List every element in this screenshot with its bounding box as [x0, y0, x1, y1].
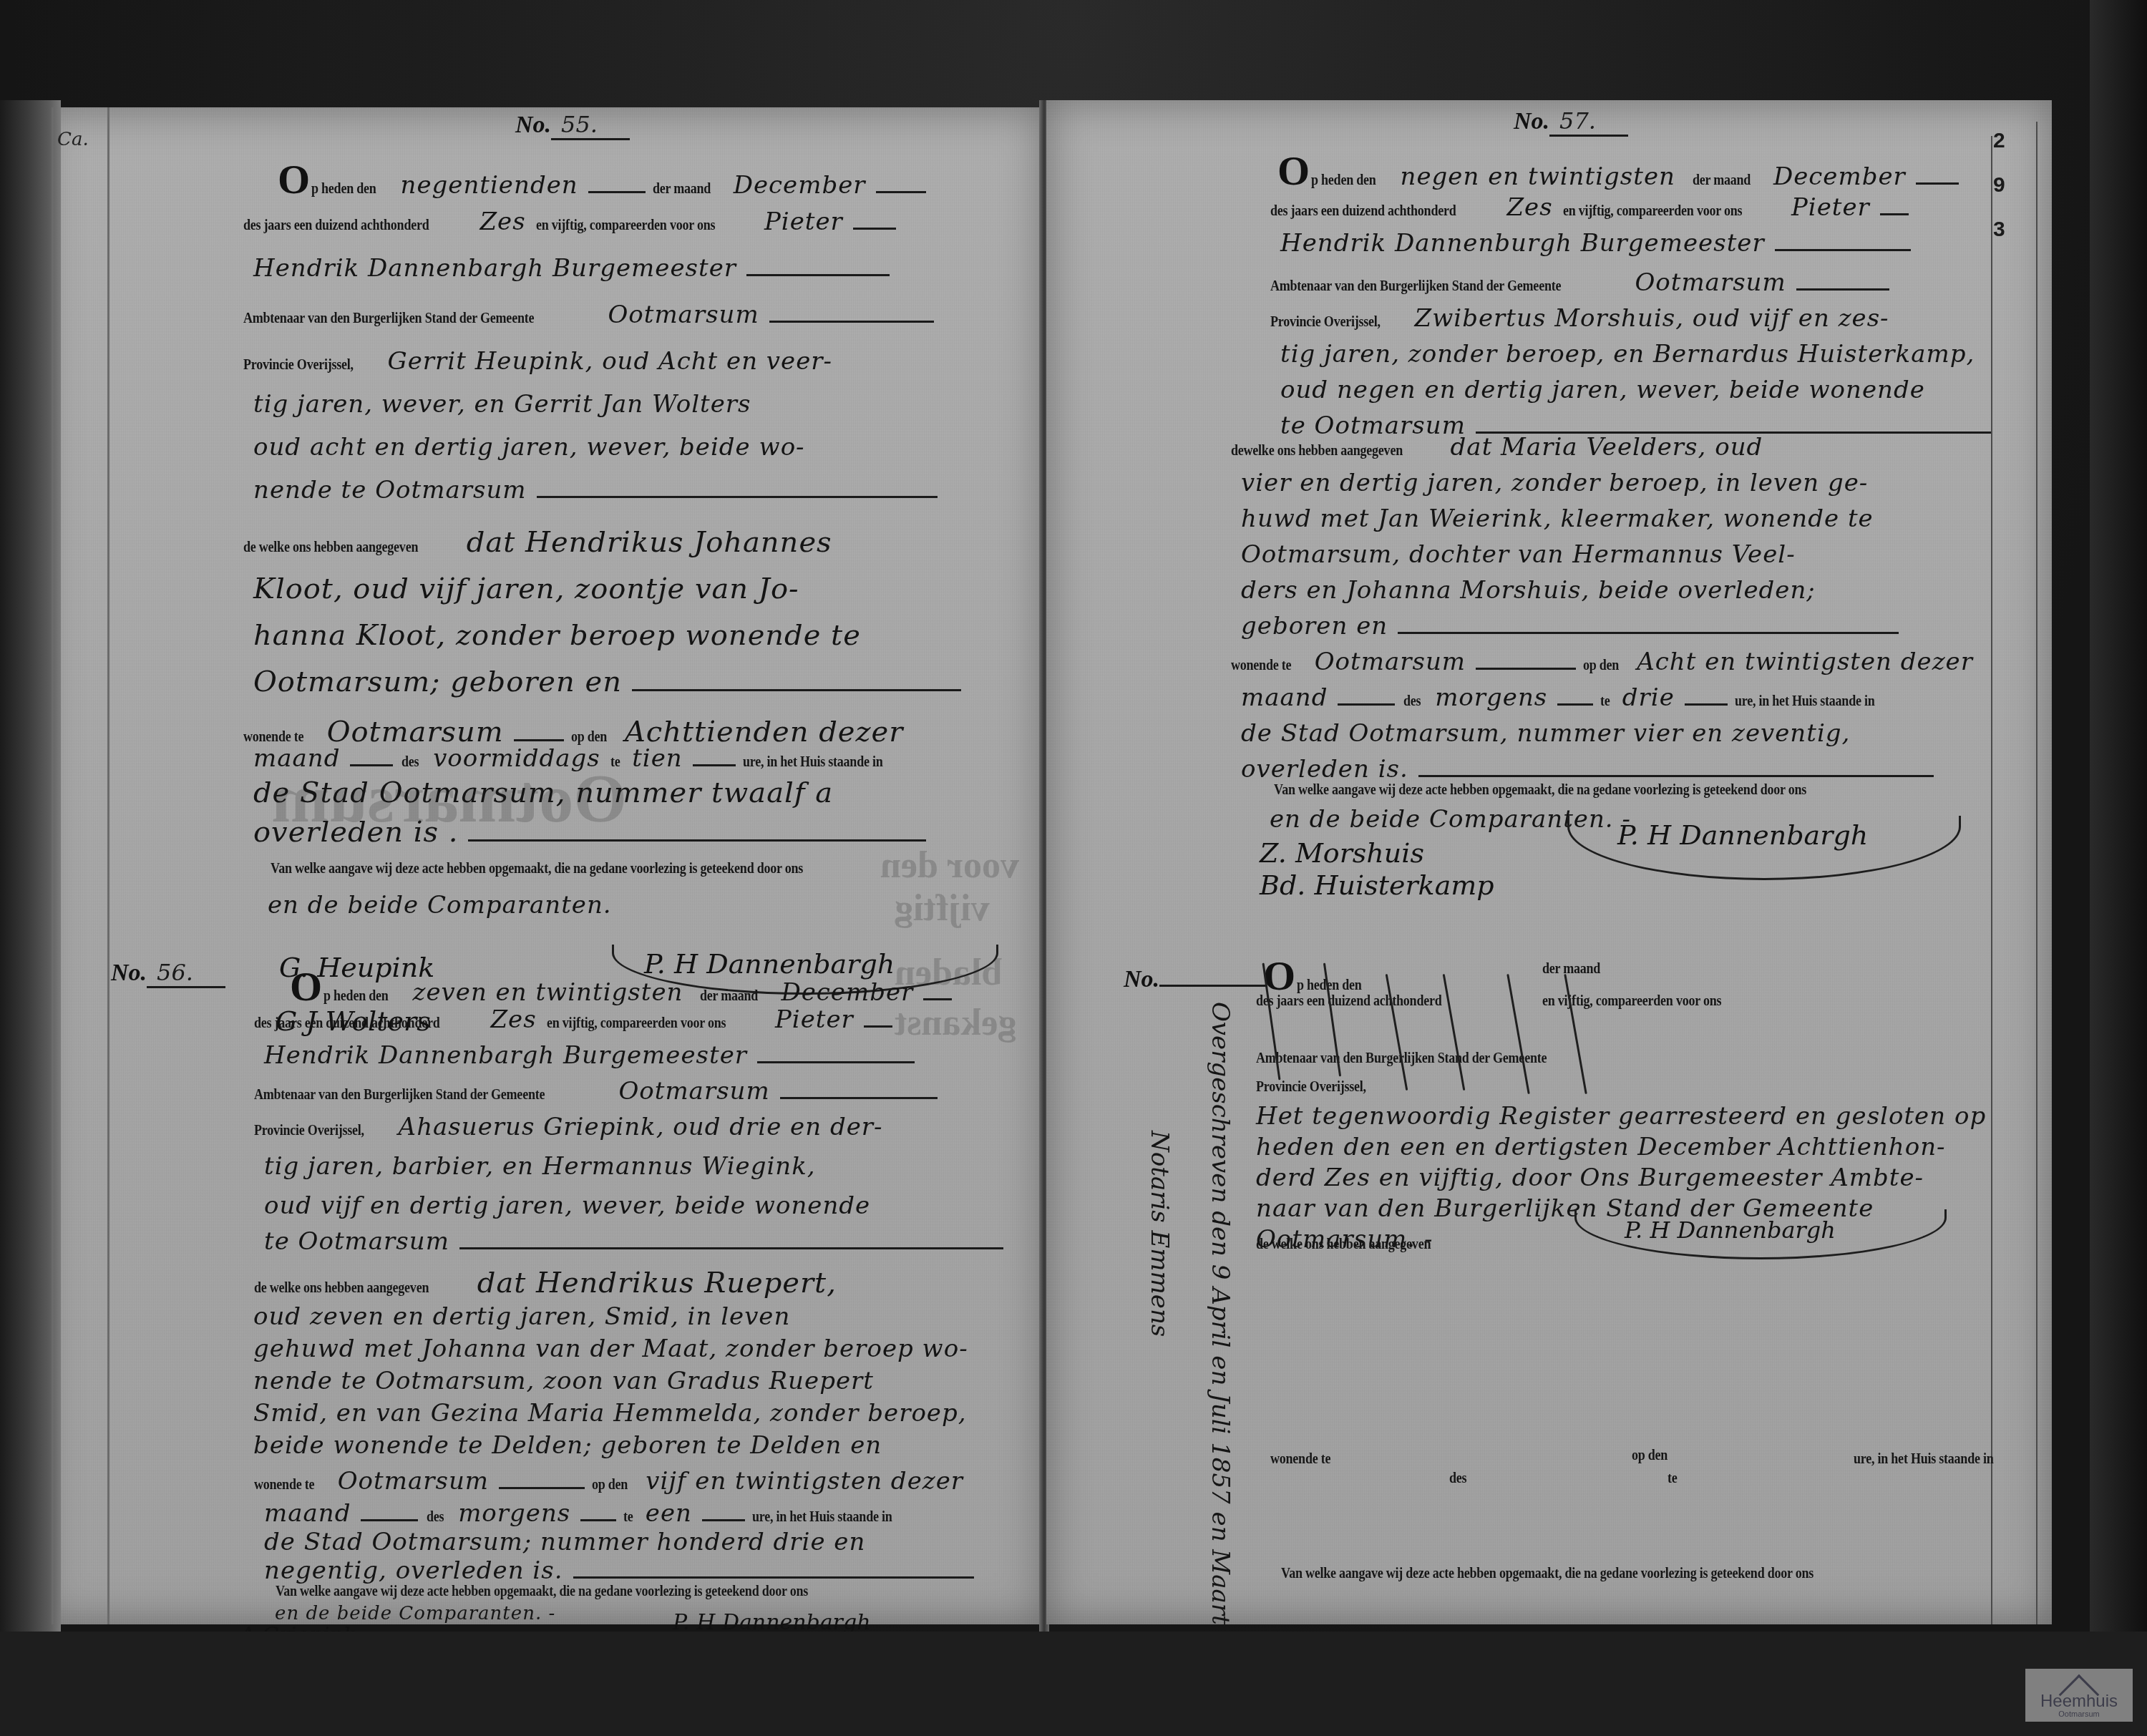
handwritten-year-word: Zes: [1506, 193, 1552, 222]
printed-label: wonende te: [1231, 655, 1291, 674]
handwritten-declaration: dat Hendrikus Ruepert,: [477, 1267, 837, 1299]
witness-signature: Z. Morshuis: [1260, 837, 1424, 869]
printed-label: wonende te: [1270, 1449, 1330, 1468]
vertical-margin-note: Overgeschreven den 9 April en Juli 1857 …: [1206, 1002, 1235, 1625]
margin-rule: [107, 107, 109, 1624]
fill-line: [459, 1247, 1003, 1249]
handwritten-declaration: vier en dertig jaren, zonder beroep, in …: [1241, 469, 1868, 497]
handwritten-declaration: beide wonende te Delden; geboren te Deld…: [253, 1431, 882, 1460]
printed-label: wonende te: [254, 1475, 314, 1493]
handwritten-declaration: huwd met Jan Weierink, kleermaker, wonen…: [1241, 504, 1874, 533]
printed-label: Provincie Overijssel,: [243, 355, 354, 374]
fill-line: [1775, 249, 1911, 251]
bleed-through-text: gekanst: [895, 1002, 1016, 1044]
record-number: 55.: [551, 111, 630, 140]
printed-label: de welke ons hebben aangegeven: [1256, 1234, 1431, 1253]
fill-line: [864, 1025, 892, 1028]
closing-statement: heden den een en dertigsten December Ach…: [1256, 1133, 1946, 1161]
handwritten-witnesses: tig jaren, barbier, en Hermannus Wiegink…: [264, 1152, 816, 1181]
logo-name: Heemhuis: [2040, 1693, 2118, 1710]
printed-label: ure, in het Huis staande in: [1854, 1449, 1994, 1468]
printed-label: Van welke aangave wij deze acte hebben o…: [276, 1581, 808, 1600]
handwritten-witnesses: oud acht en dertig jaren, wever, beide w…: [253, 433, 805, 462]
fill-line: [537, 496, 938, 498]
closing-statement: Het tegenwoordig Register gearresteerd e…: [1256, 1102, 1986, 1131]
handwritten-official: Pieter: [1791, 193, 1870, 222]
handwritten-declaration: hanna Kloot, zonder beroep wonende te: [253, 619, 861, 652]
edge-mark: 2: [1993, 129, 2005, 153]
handwritten-month: December: [1773, 162, 1906, 191]
fill-line: [876, 191, 926, 193]
printed-label: p heden den: [1311, 170, 1376, 189]
handwritten-witnesses: Zwibertus Morshuis, oud vijf en zes-: [1415, 304, 1889, 333]
printed-label: Ambtenaar van den Burgerlijken Stand der…: [1270, 276, 1561, 295]
handwritten-year-word: Zes: [490, 1005, 536, 1034]
fill-line: [1916, 182, 1959, 185]
handwritten-witnesses: oud vijf en dertig jaren, wever, beide w…: [264, 1191, 870, 1220]
record-number: 56.: [147, 959, 225, 988]
printed-label: te: [623, 1507, 633, 1526]
handwritten-day: negen en twintigsten: [1401, 162, 1675, 191]
scanner-edge-shadow: [2090, 0, 2147, 1736]
fill-line: [1796, 288, 1889, 291]
printed-label: des: [401, 752, 419, 771]
fill-line: [1476, 668, 1576, 670]
handwritten-gemeente: Ootmarsum: [618, 1077, 769, 1106]
printed-label: der maand: [1693, 170, 1751, 189]
handwritten-closing: en de beide Comparanten.: [268, 891, 612, 920]
printed-label: ure, in het Huis staande in: [752, 1507, 892, 1526]
printed-label: op den: [571, 727, 607, 746]
handwritten-official: Hendrik Dannenbargh Burgemeester: [264, 1041, 747, 1070]
witness-signature: Bd. Huisterkamp: [1260, 869, 1494, 901]
fill-line: [580, 1519, 616, 1521]
fill-line: [573, 1576, 974, 1579]
record-number-blank: [1159, 985, 1267, 987]
printed-label: te: [1668, 1468, 1678, 1487]
printed-label: des jaars een duizend achthonderd: [1256, 991, 1442, 1010]
handwritten-declaration: Ootmarsum, dochter van Hermannus Veel-: [1241, 540, 1796, 569]
printed-label: der maand: [700, 986, 758, 1005]
fill-line: [1398, 632, 1899, 634]
handwritten-declaration: gehuwd met Johanna van der Maat, zonder …: [253, 1335, 968, 1363]
printed-label: en vijftig, compareerden voor ons: [547, 1013, 726, 1032]
printed-label: ure, in het Huis staande in: [743, 752, 883, 771]
handwritten-house: de Stad Ootmarsum; nummer honderd drie e…: [264, 1528, 865, 1556]
printed-label: p heden den: [311, 179, 376, 198]
handwritten-declaration: dat Maria Veelders, oud: [1451, 433, 1763, 462]
drop-cap: O: [290, 966, 322, 1008]
record-number-label: No.: [111, 960, 147, 987]
edge-mark: 3: [1993, 218, 2005, 242]
handwritten-witnesses: nende te Ootmarsum: [253, 476, 527, 504]
handwritten-date: vijf en twintigsten dezer: [646, 1467, 963, 1496]
bleed-through-text: vijftig: [895, 887, 990, 930]
printed-label: des: [1403, 691, 1421, 710]
handwritten-declaration: dat Hendrikus Johannes: [467, 526, 832, 559]
printed-label: en vijftig, compareerden voor ons: [1563, 201, 1742, 220]
handwritten-time-of-day: voormiddags: [433, 744, 600, 773]
printed-label: de welke ons hebben aangegeven: [243, 537, 418, 556]
printed-label: op den: [1583, 655, 1619, 674]
printed-label: Ambtenaar van den Burgerlijken Stand der…: [243, 308, 534, 327]
fill-line: [853, 228, 896, 230]
printed-label: Provincie Overijssel,: [254, 1121, 364, 1139]
handwritten-house: overleden is.: [1241, 755, 1408, 784]
printed-label: te: [610, 752, 620, 771]
handwritten-official: Pieter: [764, 208, 843, 236]
fill-line: [1418, 775, 1934, 777]
printed-label: ure, in het Huis staande in: [1735, 691, 1875, 710]
handwritten-time-of-day: morgens: [1435, 683, 1547, 712]
printed-label: Ambtenaar van den Burgerlijken Stand der…: [254, 1085, 545, 1103]
record-number-label: No.: [515, 112, 551, 139]
handwritten-official: Pieter: [775, 1005, 854, 1034]
printed-label: des jaars een duizend achthonderd: [243, 215, 429, 234]
printed-label: des jaars een duizend achthonderd: [254, 1013, 440, 1032]
printed-label: Van welke aangave wij deze acte hebben o…: [271, 859, 803, 877]
printed-label: p heden den: [323, 986, 389, 1005]
handwritten-residence: Ootmarsum: [1315, 648, 1466, 676]
handwritten-closing: en de beide Comparanten. -: [275, 1603, 555, 1624]
fill-line: [499, 1487, 585, 1489]
fill-line: [923, 998, 952, 1000]
handwritten-witnesses: oud negen en dertig jaren, wever, beide …: [1280, 376, 1925, 404]
printed-label: op den: [1632, 1445, 1668, 1464]
handwritten-witnesses: Gerrit Heupink, oud Acht en veer-: [388, 347, 832, 376]
handwritten-hour: drie: [1622, 683, 1675, 712]
fill-line: [514, 739, 564, 741]
handwritten-house: negentig, overleden is.: [264, 1556, 563, 1585]
handwritten-house: overleden is .: [253, 816, 458, 849]
edge-mark: 9: [1993, 173, 2005, 198]
handwritten-witnesses: te Ootmarsum: [264, 1227, 449, 1256]
handwritten-witnesses: tig jaren, wever, en Gerrit Jan Wolters: [253, 390, 751, 419]
fill-line: [632, 689, 961, 691]
fill-line: [780, 1097, 938, 1099]
drop-cap: O: [278, 159, 310, 200]
handwritten-month: December: [734, 171, 866, 200]
fill-line: [361, 1519, 418, 1521]
printed-label: Van welke aangave wij deze acte hebben o…: [1274, 780, 1806, 799]
printed-label: en vijftig, compareerden voor ons: [536, 215, 715, 234]
handwritten-maand: maand: [1241, 683, 1328, 712]
handwritten-day: zeven en twintigsten: [413, 978, 683, 1007]
record-number-label: No.: [1124, 966, 1159, 993]
handwritten-declaration: Smid, en van Gezina Maria Hemmelda, zond…: [253, 1399, 967, 1428]
handwritten-maand: maand: [264, 1499, 351, 1528]
handwritten-declaration: geboren en: [1241, 612, 1388, 640]
printed-label: Provincie Overijssel,: [1270, 312, 1381, 331]
printed-label: der maand: [653, 179, 711, 198]
handwritten-time-of-day: morgens: [458, 1499, 570, 1528]
printed-label: wonende te: [243, 727, 303, 746]
page-edge-rule: [1991, 136, 1992, 1624]
printed-label: des: [1449, 1468, 1466, 1487]
handwritten-month: December: [781, 978, 913, 1007]
fill-line: [1557, 703, 1593, 706]
handwritten-official: Hendrik Dannenbargh Burgemeester: [253, 254, 736, 283]
handwritten-year-word: Zes: [479, 208, 525, 236]
printed-label: dewelke ons hebben aangegeven: [1231, 441, 1403, 459]
handwritten-gemeente: Ootmarsum: [608, 301, 759, 329]
printed-label: Provincie Overijssel,: [1256, 1077, 1366, 1096]
drop-cap: O: [1277, 150, 1310, 192]
printed-label: op den: [592, 1475, 628, 1493]
record-number: 57.: [1549, 107, 1628, 137]
handwritten-gemeente: Ootmarsum: [1635, 268, 1786, 297]
record-number-label: No.: [1514, 108, 1549, 135]
printed-label: der maand: [1542, 959, 1600, 977]
fill-line: [757, 1061, 915, 1063]
fill-line: [1880, 213, 1909, 215]
printed-label: de welke ons hebben aangegeven: [254, 1278, 429, 1297]
handwritten-declaration: Ootmarsum; geboren en: [253, 665, 622, 698]
fill-line: [468, 839, 926, 842]
handwritten-hour: een: [646, 1499, 692, 1528]
handwritten-maand: maand: [253, 744, 340, 773]
printed-label: Van welke aangave wij deze acte hebben o…: [1281, 1564, 1813, 1582]
fill-line: [769, 321, 934, 323]
handwritten-house: de Stad Ootmarsum, nummer vier en zevent…: [1241, 719, 1850, 748]
handwritten-residence: Ootmarsum: [338, 1467, 489, 1496]
fill-line: [350, 764, 393, 766]
fill-line: [746, 274, 890, 276]
scan-bottom-edge: [0, 1632, 2147, 1736]
vertical-margin-note: Notaris Emmens: [1145, 1131, 1174, 1337]
handwritten-declaration: Kloot, oud vijf jaren, zoontje van Jo-: [253, 572, 799, 605]
fill-line: [1338, 703, 1395, 706]
handwritten-day: negentienden: [401, 171, 578, 200]
binding-rule: [52, 107, 54, 1624]
handwritten-declaration: oud zeven en dertig jaren, Smid, in leve…: [253, 1302, 790, 1331]
handwritten-house: de Stad Ootmarsum, nummer twaalf a: [253, 776, 833, 809]
handwritten-declaration: nende te Ootmarsum, zoon van Gradus Ruep…: [253, 1367, 874, 1395]
handwritten-date: Acht en twintigsten dezer: [1637, 648, 1973, 676]
handwritten-hour: tien: [632, 744, 683, 773]
printed-label: te: [1600, 691, 1610, 710]
fill-line: [588, 191, 646, 193]
margin-note: Ca.: [57, 129, 89, 150]
fill-line: [1685, 703, 1728, 706]
handwritten-witnesses: tig jaren, zonder beroep, en Bernardus H…: [1280, 340, 1975, 369]
heemhuis-logo: Heemhuis Ootmarsum: [2025, 1669, 2133, 1722]
handwritten-witnesses: Ahasuerus Griepink, oud drie en der-: [399, 1113, 883, 1141]
fill-line: [693, 764, 736, 766]
page-edge-rule: [2036, 122, 2038, 1624]
printed-label: des: [427, 1507, 444, 1526]
handwritten-declaration: ders en Johanna Morshuis, beide overlede…: [1241, 576, 1816, 605]
printed-label: des jaars een duizend achthonderd: [1270, 201, 1456, 220]
fill-line: [702, 1519, 745, 1521]
closing-statement: derd Zes en vijftig, door Ons Burgemeest…: [1256, 1164, 1924, 1192]
handwritten-official: Hendrik Dannenburgh Burgemeester: [1280, 229, 1765, 258]
page-edge-marks: 2 9 3: [1993, 129, 2005, 242]
